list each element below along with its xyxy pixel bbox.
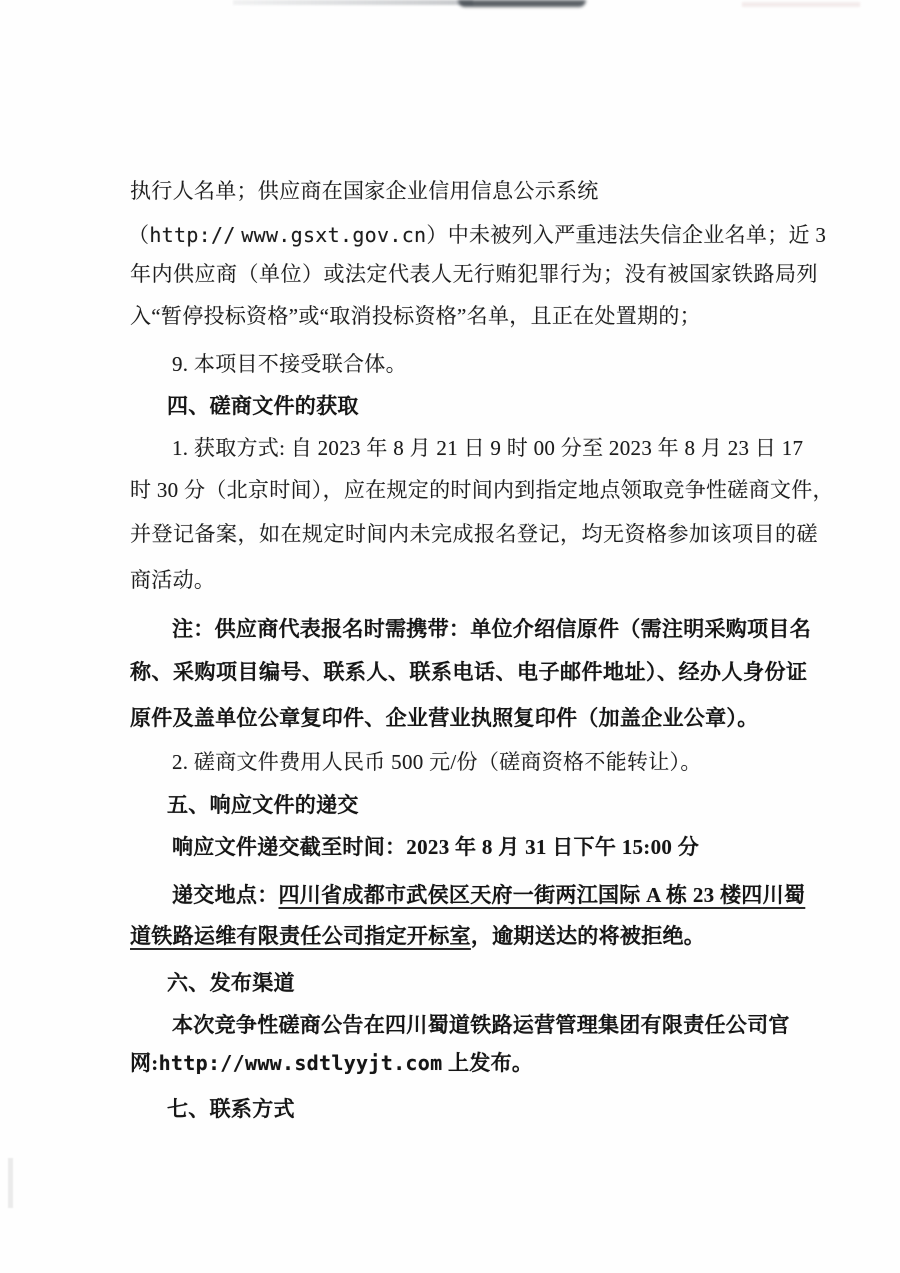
scan-smudge-dark-artifact (458, 0, 586, 7)
doc-text-segment: ，逾期送达的将被拒绝。 (471, 924, 705, 948)
doc-line-12: 称、采购项目编号、联系人、联系电话、电子邮件地址）、经办人身份证 (130, 657, 808, 687)
doc-line-10: 商活动。 (130, 565, 215, 595)
doc-line-5: 9. 本项目不接受联合体。 (172, 349, 407, 379)
scan-smudge-artifact (233, 0, 473, 5)
doc-line-14: 2. 磋商文件费用人民币 500 元/份（磋商资格不能转让）。 (172, 747, 702, 777)
doc-text-segment: 时 30 分（北京时间），应在规定的时间内到指定地点领取竞争性磋商文件， (130, 478, 834, 502)
doc-line-1: 执行人名单；供应商在国家企业信用信息公示系统 (130, 176, 599, 206)
doc-line-7: 1. 获取方式: 自 2023 年 8 月 21 日 9 时 00 分至 202… (172, 433, 803, 463)
doc-line-11: 注：供应商代表报名时需携带：单位介绍信原件（需注明采购项目名 (172, 614, 811, 644)
doc-text-segment: 年内供应商（单位）或法定代表人无行贿犯罪行为；没有被国家铁路局列 (130, 262, 818, 286)
doc-text-segment: 五、响应文件的递交 (167, 793, 359, 817)
doc-line-16: 响应文件递交截至时间：2023 年 8 月 31 日下午 15:00 分 (172, 832, 699, 862)
doc-text-segment: 入“暂停投标资格”或“取消投标资格”名单，且正在处置期的； (130, 304, 701, 328)
doc-line-4: 入“暂停投标资格”或“取消投标资格”名单，且正在处置期的； (130, 301, 701, 331)
doc-text-segment: 上发布。 (442, 1051, 533, 1075)
doc-text-segment: 原件及盖单位公章复印件、企业营业执照复印件（加盖企业公章）。 (130, 706, 759, 730)
doc-line-21: 网:http://www.sdtlyyjt.com 上发布。 (130, 1048, 533, 1078)
doc-text-segment: 六、发布渠道 (167, 971, 295, 995)
doc-text-segment: 四、磋商文件的获取 (167, 394, 359, 418)
doc-line-13: 原件及盖单位公章复印件、企业营业执照复印件（加盖企业公章）。 (130, 703, 759, 733)
scan-smudge-faint-artifact (742, 2, 860, 7)
scan-edge-mark-artifact (8, 1158, 13, 1208)
doc-text-segment: ）中未被列入严重违法失信企业名单；近 3 (426, 223, 826, 247)
doc-line-17: 递交地点：四川省成都市武侯区天府一街两江国际 A 栋 23 楼四川蜀 (172, 880, 805, 910)
doc-text-segment: http://www.sdtlyyjt.com (159, 1051, 443, 1075)
doc-text-segment: 本次竞争性磋商公告在四川蜀道铁路运营管理集团有限责任公司官 (172, 1013, 790, 1037)
doc-line-8: 时 30 分（北京时间），应在规定的时间内到指定地点领取竞争性磋商文件， (130, 475, 834, 505)
document-page: 执行人名单；供应商在国家企业信用信息公示系统（http:// www.gsxt.… (0, 0, 900, 1273)
doc-text-segment: 七、联系方式 (167, 1097, 295, 1121)
doc-text-segment: 执行人名单；供应商在国家企业信用信息公示系统 (130, 179, 599, 203)
doc-text-segment: 响应文件递交截至时间：2023 年 8 月 31 日下午 15:00 分 (172, 835, 699, 859)
doc-text-segment: 并登记备案，如在规定时间内未完成报名登记，均无资格参加该项目的磋 (130, 522, 818, 546)
doc-line-6: 四、磋商文件的获取 (167, 391, 359, 421)
doc-text-segment: 注：供应商代表报名时需携带：单位介绍信原件（需注明采购项目名 (172, 617, 811, 641)
doc-text-segment: 1. 获取方式: 自 2023 年 8 月 21 日 9 时 00 分至 202… (172, 436, 803, 460)
doc-line-2: （http:// www.gsxt.gov.cn）中未被列入严重违法失信企业名单… (128, 220, 826, 250)
doc-text-segment: 道铁路运维有限责任公司指定开标室 (130, 924, 471, 948)
doc-text-segment: 四川省成都市武侯区天府一街两江国际 A 栋 23 楼四川蜀 (279, 883, 806, 907)
doc-text-segment: 递交地点： (172, 883, 279, 907)
doc-text-segment: 9. 本项目不接受联合体。 (172, 352, 407, 376)
doc-line-15: 五、响应文件的递交 (167, 790, 359, 820)
doc-text-segment: 称、采购项目编号、联系人、联系电话、电子邮件地址）、经办人身份证 (130, 660, 808, 684)
doc-line-3: 年内供应商（单位）或法定代表人无行贿犯罪行为；没有被国家铁路局列 (130, 259, 818, 289)
doc-line-19: 六、发布渠道 (167, 968, 295, 998)
doc-text-segment: 商活动。 (130, 568, 215, 592)
doc-line-22: 七、联系方式 (167, 1094, 295, 1124)
doc-line-9: 并登记备案，如在规定时间内未完成报名登记，均无资格参加该项目的磋 (130, 519, 818, 549)
doc-text-segment: http:// (149, 223, 235, 247)
doc-text-segment: www.gsxt.gov.cn (241, 223, 426, 247)
doc-text-segment: （ (128, 223, 149, 247)
doc-text-segment: 网: (130, 1051, 159, 1075)
doc-line-20: 本次竞争性磋商公告在四川蜀道铁路运营管理集团有限责任公司官 (172, 1010, 790, 1040)
doc-line-18: 道铁路运维有限责任公司指定开标室，逾期送达的将被拒绝。 (130, 921, 705, 951)
doc-text-segment: 2. 磋商文件费用人民币 500 元/份（磋商资格不能转让）。 (172, 750, 702, 774)
